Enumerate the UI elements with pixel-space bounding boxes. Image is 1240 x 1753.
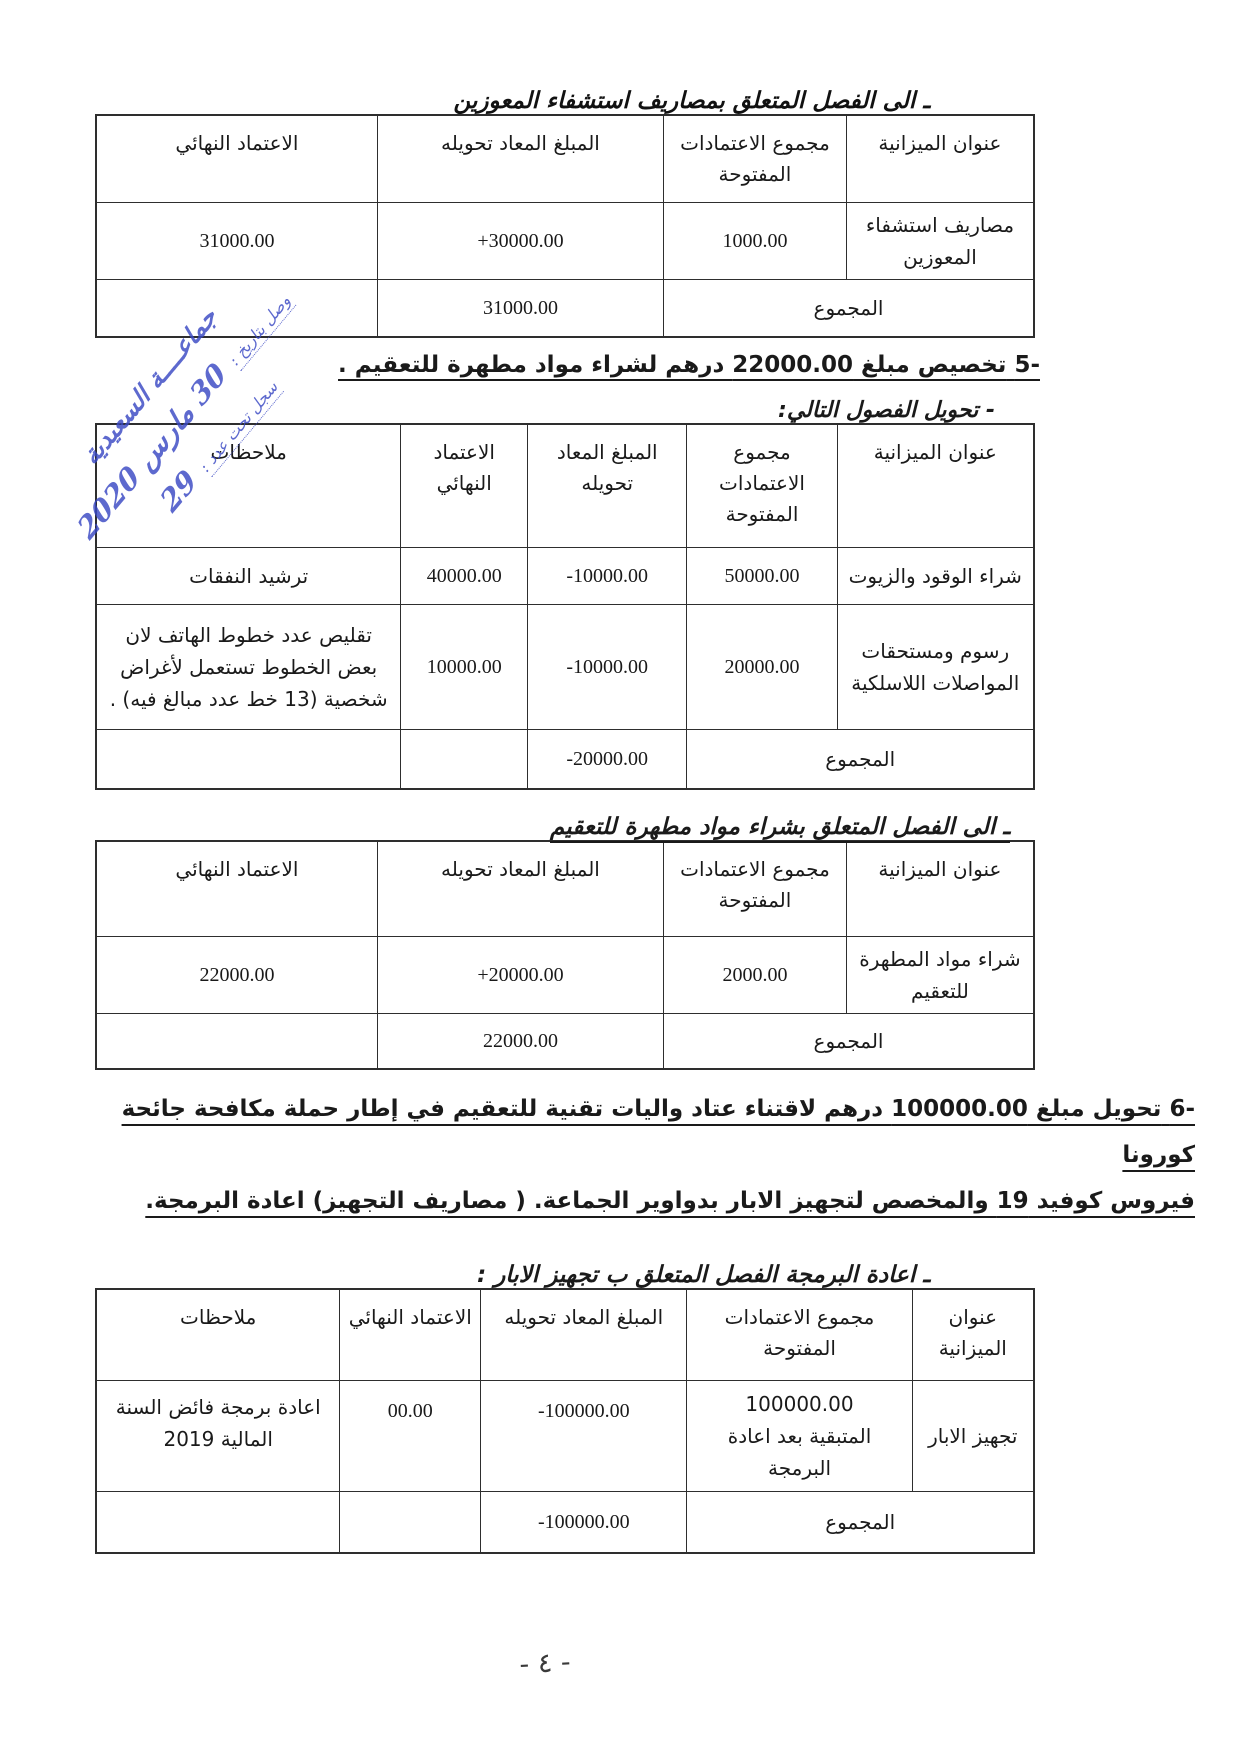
open-credits-cell: 100000.00 المتبقية بعد اعادة البرمجة [687,1381,912,1492]
final-credit-cell: 40000.00 [401,548,528,605]
notes-cell: ترشيد النفقات [96,548,401,605]
page-number: - ٤ - [459,1644,630,1684]
budget-title-cell: رسوم ومستحقات المواصلات اللاسلكية [837,605,1034,730]
transferred-amount-cell: +30000.00 [377,203,663,280]
col-header-final-credit: الاعتماد النهائي [340,1289,481,1381]
table-total-row: المجموع 22000.00 [96,1014,1034,1070]
col-header-final-credit: الاعتماد النهائي [96,841,377,937]
empty-cell [401,730,528,790]
empty-cell [96,1014,377,1070]
table-transfer-chapters: عنوان الميزانية مجموع الاعتمادات المفتوح… [95,423,1035,790]
notes-cell: اعادة برمجة فائض السنة المالية 2019 [96,1381,340,1492]
final-credit-cell: 10000.00 [401,605,528,730]
empty-cell [96,280,377,338]
heading-item6: 6- تحويل مبلغ 100000.00 درهم لاقتناء عتا… [45,1086,1195,1224]
document-page: ـ الى الفصل المتعلق بمصاريف استشفاء المع… [0,0,1240,1753]
total-label-cell: المجموع [687,730,1034,790]
col-header-open-credits: مجموع الاعتمادات المفتوحة [687,424,837,548]
table-wells-reprogram: عنوان الميزانية مجموع الاعتمادات المفتوح… [95,1288,1035,1554]
col-header-transferred-amount: المبلغ المعاد تحويله [528,424,687,548]
table-header-row: عنوان الميزانية مجموع الاعتمادات المفتوح… [96,1289,1034,1381]
table-row: رسوم ومستحقات المواصلات اللاسلكية 20000.… [96,605,1034,730]
transferred-amount-cell: -100000.00 [481,1381,687,1492]
open-credits-cell: 50000.00 [687,548,837,605]
final-credit-cell: 00.00 [340,1381,481,1492]
empty-cell [340,1492,481,1554]
item6-line1-text: تحويل مبلغ 100000.00 درهم لاقتناء عتاد و… [122,1096,1195,1168]
table-header-row: عنوان الميزانية مجموع الاعتمادات المفتوح… [96,841,1034,937]
item5-text: تخصيص مبلغ 22000.00 درهم لشراء مواد مطهر… [338,352,1006,378]
table-header-row: عنوان الميزانية مجموع الاعتمادات المفتوح… [96,115,1034,203]
budget-title-cell: تجهيز الابار [912,1381,1034,1492]
item5-number: 5- [1014,352,1040,378]
table-row: تجهيز الابار 100000.00 المتبقية بعد اعاد… [96,1381,1034,1492]
total-transferred-cell: 31000.00 [377,280,663,338]
open-credits-cell: 2000.00 [664,937,847,1014]
col-header-final-credit: الاعتماد النهائي [401,424,528,548]
heading-item5: 5- تخصيص مبلغ 22000.00 درهم لشراء مواد م… [0,352,1040,378]
table-row: شراء الوقود والزيوت 50000.00 -10000.00 4… [96,548,1034,605]
item6-line2: فيروس كوفيد 19 والمخصص لتجهيز الابار بدو… [45,1178,1195,1224]
total-label-cell: المجموع [664,1014,1035,1070]
col-header-notes: ملاحظات [96,424,401,548]
table-row: شراء مواد المطهرة للتعقيم 2000.00 +20000… [96,937,1034,1014]
total-transferred-cell: -100000.00 [481,1492,687,1554]
open-credits-cell: 20000.00 [687,605,837,730]
heading-to-chapter-sanitizer: ـ الى الفصل المتعلق بشراء مواد مطهرة للت… [0,814,1010,840]
transferred-amount-cell: -10000.00 [528,605,687,730]
col-header-budget-title: عنوان الميزانية [846,115,1034,203]
col-header-budget-title: عنوان الميزانية [846,841,1034,937]
col-header-transferred-amount: المبلغ المعاد تحويله [377,115,663,203]
table-total-row: المجموع -100000.00 [96,1492,1034,1554]
open-credits-cell: 1000.00 [664,203,847,280]
table-header-row: عنوان الميزانية مجموع الاعتمادات المفتوح… [96,424,1034,548]
final-credit-cell: 22000.00 [96,937,377,1014]
col-header-open-credits: مجموع الاعتمادات المفتوحة [664,841,847,937]
empty-cell [96,1492,340,1554]
table-sanitizer-purchase: عنوان الميزانية مجموع الاعتمادات المفتوح… [95,840,1035,1070]
col-header-budget-title: عنوان الميزانية [912,1289,1034,1381]
heading-item5-sub: - تحويل الفصول التالي: [0,398,995,423]
final-credit-cell: 31000.00 [96,203,377,280]
transferred-amount-cell: -10000.00 [528,548,687,605]
heading-to-chapter-hospital: ـ الى الفصل المتعلق بمصاريف استشفاء المع… [0,88,930,114]
col-header-notes: ملاحظات [96,1289,340,1381]
col-header-open-credits: مجموع الاعتمادات المفتوحة [664,115,847,203]
total-transferred-cell: 22000.00 [377,1014,663,1070]
heading-reprogram-wells: ـ اعادة البرمجة الفصل المتعلق ب تجهيز ال… [0,1262,930,1288]
col-header-transferred-amount: المبلغ المعاد تحويله [481,1289,687,1381]
empty-cell [96,730,401,790]
total-label-cell: المجموع [664,280,1035,338]
col-header-final-credit: الاعتماد النهائي [96,115,377,203]
table-hospital-expenses: عنوان الميزانية مجموع الاعتمادات المفتوح… [95,114,1035,338]
item6-line1: 6- تحويل مبلغ 100000.00 درهم لاقتناء عتا… [45,1086,1195,1178]
notes-cell: تقليص عدد خطوط الهاتف لان بعض الخطوط تست… [96,605,401,730]
total-label-cell: المجموع [687,1492,1034,1554]
col-header-open-credits: مجموع الاعتمادات المفتوحة [687,1289,912,1381]
transferred-amount-cell: +20000.00 [377,937,663,1014]
budget-title-cell: شراء الوقود والزيوت [837,548,1034,605]
col-header-transferred-amount: المبلغ المعاد تحويله [377,841,663,937]
budget-title-cell: شراء مواد المطهرة للتعقيم [846,937,1034,1014]
table-total-row: المجموع -20000.00 [96,730,1034,790]
total-transferred-cell: -20000.00 [528,730,687,790]
table-row: مصاريف استشفاء المعوزين 1000.00 +30000.0… [96,203,1034,280]
budget-title-cell: مصاريف استشفاء المعوزين [846,203,1034,280]
table-total-row: المجموع 31000.00 [96,280,1034,338]
col-header-budget-title: عنوان الميزانية [837,424,1034,548]
item6-number: 6- [1169,1096,1195,1122]
